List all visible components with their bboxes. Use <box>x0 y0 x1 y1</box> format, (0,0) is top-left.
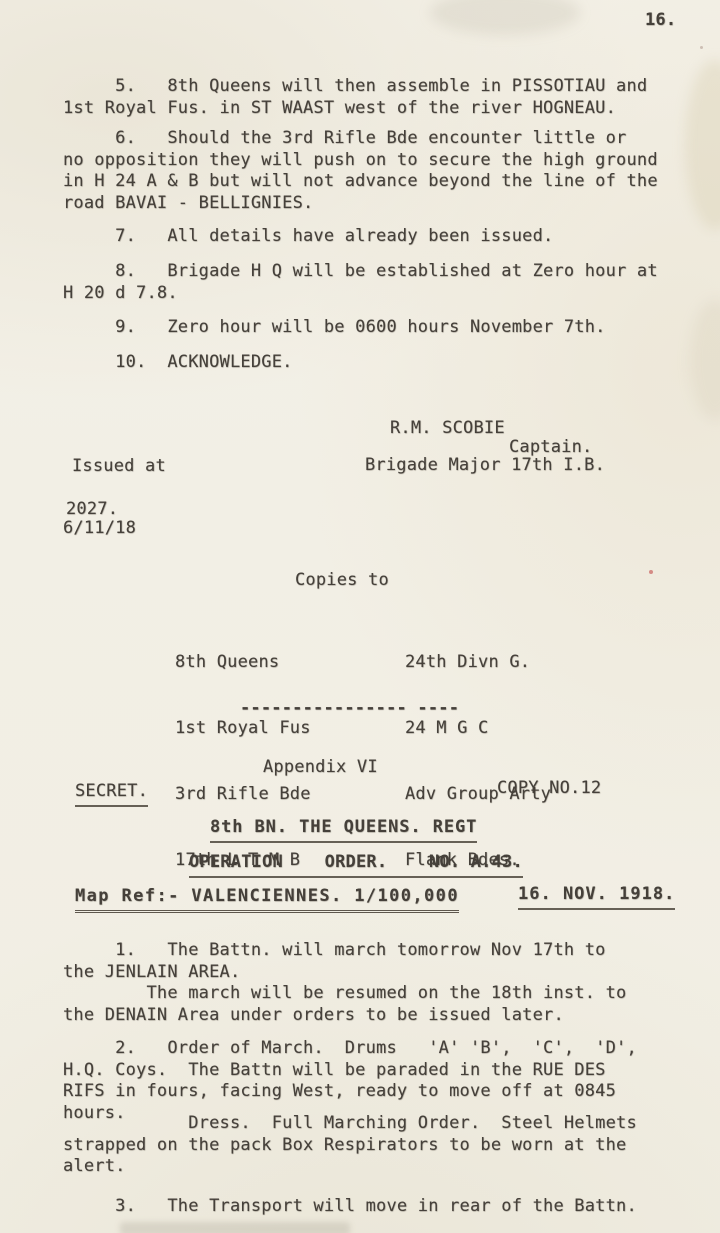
order-paragraph-dress: Dress. Full Marching Order. Steel Helmet… <box>63 1113 637 1178</box>
copies-row: 1st Royal Fus24 M G C <box>175 717 551 739</box>
order-paragraph-5: 5. 8th Queens will then assemble in PISS… <box>63 76 647 119</box>
copies-addressee: 3rd Rifle Bde <box>175 783 405 805</box>
copies-addressee: 8th Queens <box>175 651 405 673</box>
signature-title: Brigade Major 17th I.B. <box>365 455 605 477</box>
issue-date: 6/11/18 <box>63 518 136 540</box>
operation-order-heading: OPERATION ORDER. NO. A.43. <box>189 852 523 878</box>
order-date: 16. NOV. 1918. <box>518 884 675 910</box>
order-paragraph-7: 7. All details have already been issued. <box>63 226 553 248</box>
document-page: { "page": { "number": "16.", "paper_colo… <box>0 0 720 1233</box>
order-paragraph-10: 10. ACKNOWLEDGE. <box>63 352 293 374</box>
copies-heading: Copies to <box>295 570 389 592</box>
map-reference: Map Ref:- VALENCIENNES. 1/100,000 <box>75 886 459 913</box>
order-paragraph-1: 1. The Battn. will march tomorrow Nov 17… <box>63 940 626 1026</box>
issued-at-label: Issued at <box>72 456 166 478</box>
order-paragraph-2: 2. Order of March. Drums 'A' 'B', 'C', '… <box>63 1038 637 1124</box>
page-number: 16. <box>645 10 676 32</box>
order-paragraph-3: 3. The Transport will move in rear of th… <box>63 1196 637 1218</box>
copies-addressee: 1st Royal Fus <box>175 717 405 739</box>
copies-addressee: 24 M G C <box>405 718 488 738</box>
copies-row: 3rd Rifle BdeAdv Group Arty <box>175 783 551 805</box>
appendix-title: Appendix VI <box>263 757 378 779</box>
signature-name: R.M. SCOBIE <box>390 418 505 440</box>
unit-heading: 8th BN. THE QUEENS. REGT <box>210 817 477 843</box>
classification-label: SECRET. <box>75 781 148 807</box>
order-paragraph-8: 8. Brigade H Q will be established at Ze… <box>63 261 658 304</box>
copy-number: COPY NO.12 <box>497 778 601 800</box>
dashed-separator: ---------------- ---- <box>240 698 459 720</box>
copies-table: 8th Queens24th Divn G. 1st Royal Fus24 M… <box>175 607 551 893</box>
order-paragraph-9: 9. Zero hour will be 0600 hours November… <box>63 317 606 339</box>
order-paragraph-6: 6. Should the 3rd Rifle Bde encounter li… <box>63 128 658 214</box>
copies-row: 8th Queens24th Divn G. <box>175 651 551 673</box>
copies-addressee: 24th Divn G. <box>405 652 530 672</box>
